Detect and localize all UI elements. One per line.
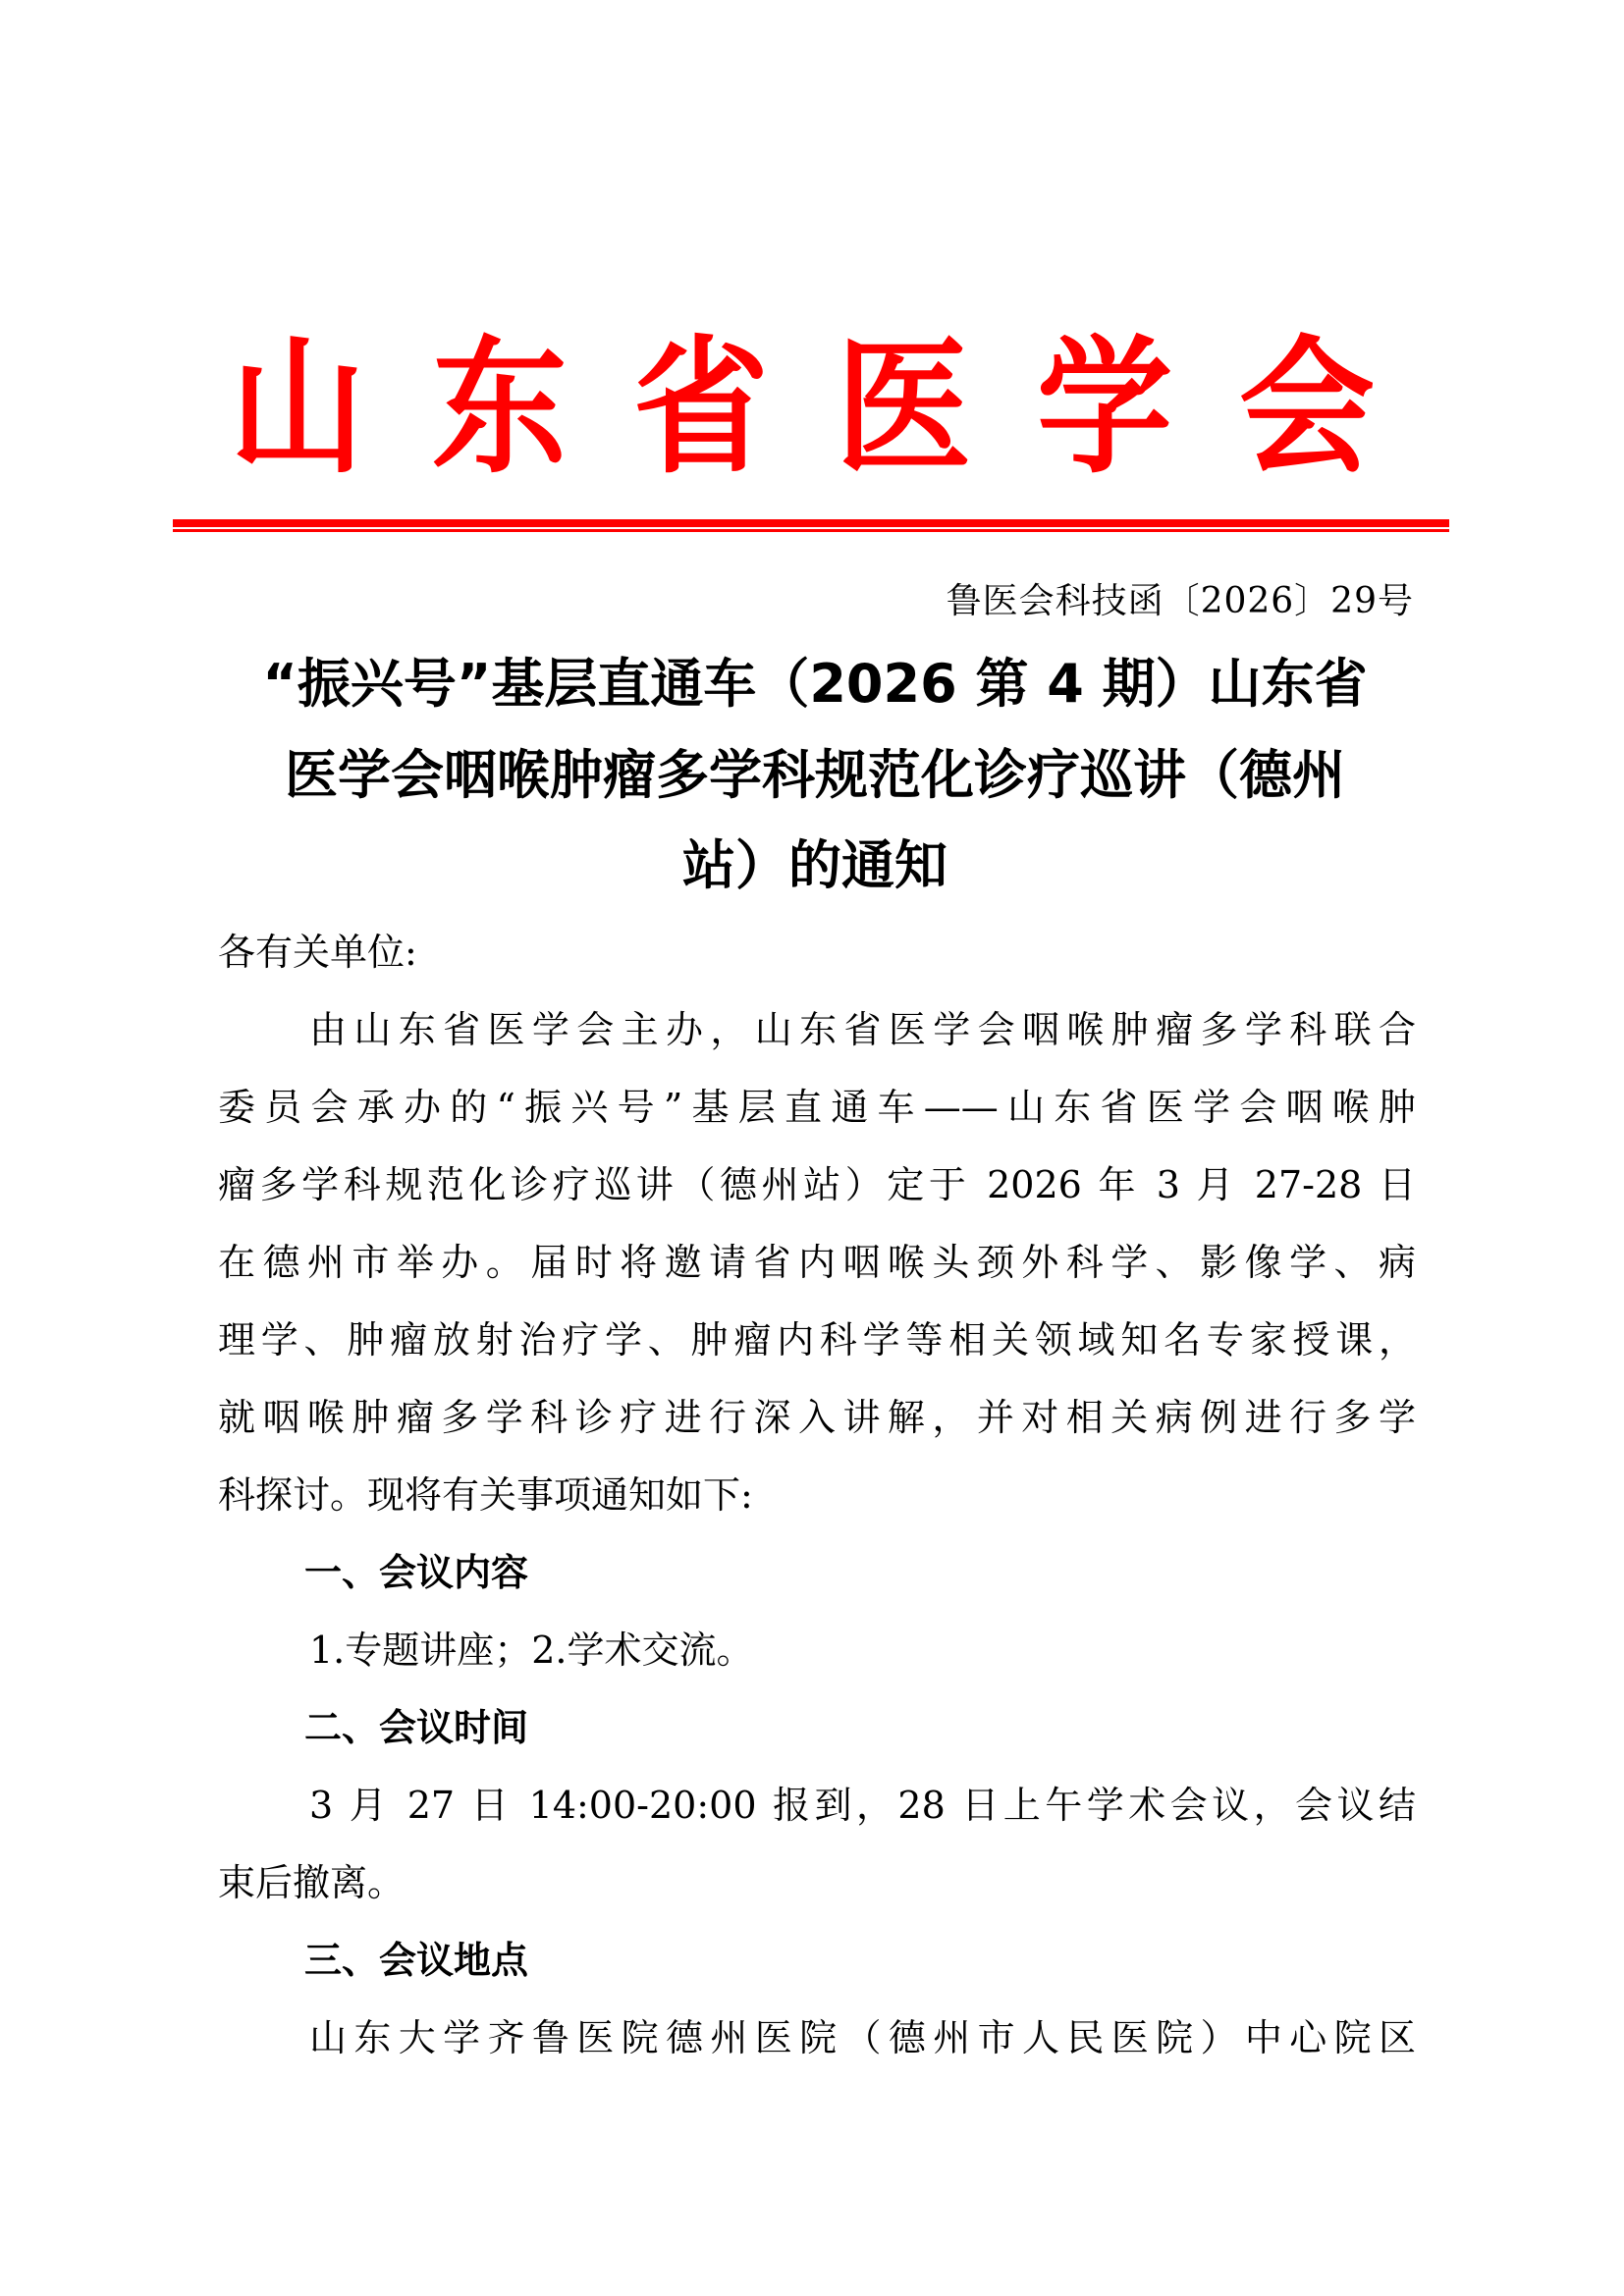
body-text-line: 瘤多学科规范化诊疗巡讲（德州站）定于 2026 年 3 月 27-28 日 — [218, 1157, 1416, 1212]
section-body-line: 3 月 27 日 14:00-20:00 报到，28 日上午学术会议，会议结 — [309, 1778, 1416, 1833]
body-text-line: 委员会承办的“振兴号”基层直通车——山东省医学会咽喉肿 — [218, 1080, 1416, 1135]
section-heading-venue: 三、会议地点 — [304, 1933, 528, 1988]
masthead-organization-name: 山 东 省 医 学 会 — [173, 324, 1449, 491]
section-body-line: 束后撤离。 — [218, 1855, 1416, 1910]
document-number: 鲁医会科技函〔2026〕29号 — [947, 577, 1414, 626]
body-text-line: 理学、肿瘤放射治疗学、肿瘤内科学等相关领域知名专家授课， — [218, 1312, 1416, 1367]
section-heading-time: 二、会议时间 — [304, 1700, 528, 1755]
masthead-red-rule-thin — [173, 529, 1449, 532]
masthead-char: 医 — [836, 324, 971, 491]
masthead-char: 会 — [1239, 324, 1375, 491]
masthead-char: 东 — [432, 324, 568, 491]
masthead-char: 山 — [230, 324, 365, 491]
body-text-line: 由山东省医学会主办，山东省医学会咽喉肿瘤多学科联合 — [309, 1002, 1416, 1057]
section-heading-content: 一、会议内容 — [304, 1545, 528, 1600]
section-body-line: 山东大学齐鲁医院德州医院（德州市人民医院）中心院区 — [309, 2010, 1416, 2065]
masthead-char: 学 — [1037, 324, 1172, 491]
body-text-line: 科探讨。现将有关事项通知如下: — [218, 1468, 1416, 1522]
body-text-line: 就咽喉肿瘤多学科诊疗进行深入讲解，并对相关病例进行多学 — [218, 1390, 1416, 1445]
document-page: 山 东 省 医 学 会 鲁医会科技函〔2026〕29号 “振兴号”基层直通车（2… — [0, 0, 1624, 2296]
salutation: 各有关单位: — [218, 925, 1416, 980]
masthead-red-rule-thick — [173, 519, 1449, 527]
document-title-line: 站）的通知 — [196, 831, 1434, 900]
body-text-line: 在德州市举办。届时将邀请省内咽喉头颈外科学、影像学、病 — [218, 1235, 1416, 1290]
masthead-char: 省 — [633, 324, 769, 491]
document-title-line: “振兴号”基层直通车（2026 第 4 期）山东省 — [196, 650, 1434, 719]
document-title-line: 医学会咽喉肿瘤多学科规范化诊疗巡讲（德州 — [196, 741, 1434, 810]
section-body-line: 1.专题讲座；2.学术交流。 — [309, 1623, 1416, 1678]
